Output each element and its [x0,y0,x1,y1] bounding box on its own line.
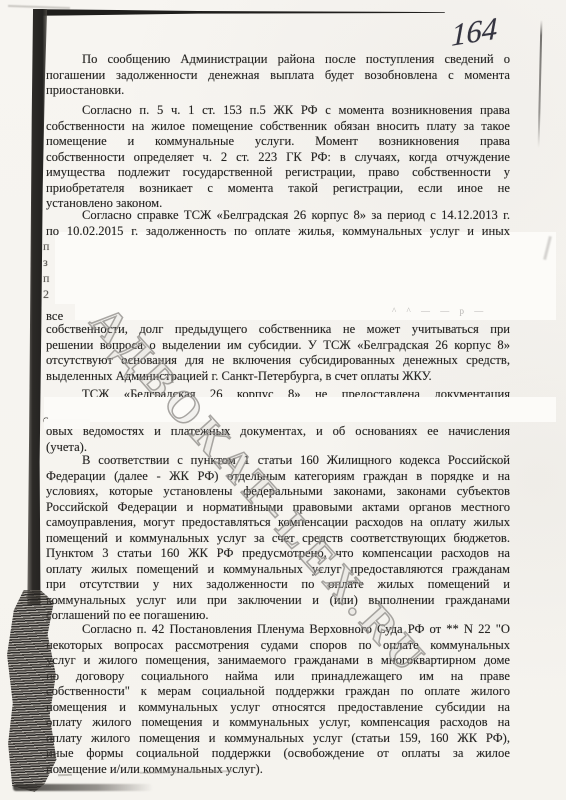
scanned-document-page: ^ ^ — — р — По сообщению Администрации р… [0,0,566,800]
text-line: Пунктом 3 статьи 160 ЖК РФ предусмотрено… [46,546,510,562]
text-line: Согласно п. 5 ч. 1 ст. 153 п.5 ЖК РФ с м… [46,103,510,119]
text-line: отсутствуют основания для не включения с… [46,353,510,369]
text-line: по 10.02.2015 г. задолженность по оплате… [46,224,510,240]
text-line: Российской Федерации и нормативными прав… [46,500,510,516]
text-line: овых ведомостях и платежных документах, … [46,424,510,440]
letter-fragment: з [43,256,48,268]
text-line: коммунальных услуг или при заключении и … [46,593,510,609]
text-line: услуг и жилого помещения, занимаемого гр… [46,653,510,669]
text-line: Согласно справке ТСЖ «Белградская 26 кор… [46,208,510,224]
binding-shadow-left [26,9,48,605]
margin-line [538,20,543,148]
text-line: оплату жилого помещения и коммунальных у… [46,715,510,731]
text-line: собственности" к мерам социальной поддер… [46,684,510,700]
scan-smudge [13,784,153,791]
letter-fragment: 2 [43,288,49,300]
text-line: помещения и коммунальных услуг относятся… [46,700,510,716]
paragraph: собственности, долг предыдущего собствен… [46,322,510,384]
text-line: некоторых вопросах рассмотрения судами с… [46,638,510,654]
paragraph: овых ведомостях и платежных документах, … [46,424,510,440]
paragraph: По сообщению Администрации района после … [46,52,510,99]
text-line: оплату жилых помещений и коммунальных ус… [46,562,510,578]
text-line: выделенных Администрацией г. Санкт-Петер… [46,369,510,385]
paragraph: Согласно п. 42 Постановления Пленума Вер… [46,622,510,777]
paragraph: В соответствии с пунктом 1 статьи 160 Жи… [46,453,510,624]
text-line: имущества подлежит государственной регис… [46,165,510,181]
letter-fragment: п [43,240,49,252]
text-line: По сообщению Администрации района после … [46,52,510,68]
text-line: иные формы социальной поддержки (освобож… [46,746,510,762]
redaction-box [44,419,90,429]
text-column: По сообщению Администрации района после … [46,0,510,800]
paragraph: Согласно справке ТСЖ «Белградская 26 кор… [46,208,510,239]
text-line: ТСЖ «Белградская 26 корпус 8» не предост… [46,387,510,397]
paragraph: Согласно п. 5 ч. 1 ст. 153 п.5 ЖК РФ с м… [46,103,510,212]
text-line: помещение и/или коммунальных услуг). [46,762,510,778]
letter-fragment: п [43,272,49,284]
text-line: решении вопроса о выделении им субсидии.… [46,338,510,354]
text-line: собственности определяет ч. 2 ст. 223 ГК… [46,150,510,166]
text-line: приобретателя возникает с момента такой … [46,181,510,197]
handwritten-page-number: 164 [451,12,497,51]
text-line: помещение и коммунальные услуги. Момент … [46,134,510,150]
text-line: помещений и коммунальных услуг за счет с… [46,531,510,547]
text-line: оплату жилого помещения и коммунальных у… [46,731,510,747]
text-line: собственности на жилое помещение собстве… [46,119,510,135]
partially-redacted-line: ТСЖ «Белградская 26 корпус 8» не предост… [46,387,510,397]
text-line: при отсутствии у них задолженности по оп… [46,577,510,593]
binding-shadow-left-lower [6,590,58,792]
text-line: собственности, долг предыдущего собствен… [46,322,510,338]
text-line: самоуправления, могут предоставляться ко… [46,515,510,531]
text-line: В соответствии с пунктом 1 статьи 160 Жи… [46,453,510,469]
text-line: приостановки. [46,83,510,99]
text-line: условиях, которые установлены федеральны… [46,484,510,500]
text-line: по договору социального найма или принад… [46,669,510,685]
text-line: погашении задолженности денежная выплата… [46,68,510,84]
text-line: Федерации (далее - ЖК РФ) отдельным кате… [46,469,510,485]
text-line: Согласно п. 42 Постановления Пленума Вер… [46,622,510,638]
